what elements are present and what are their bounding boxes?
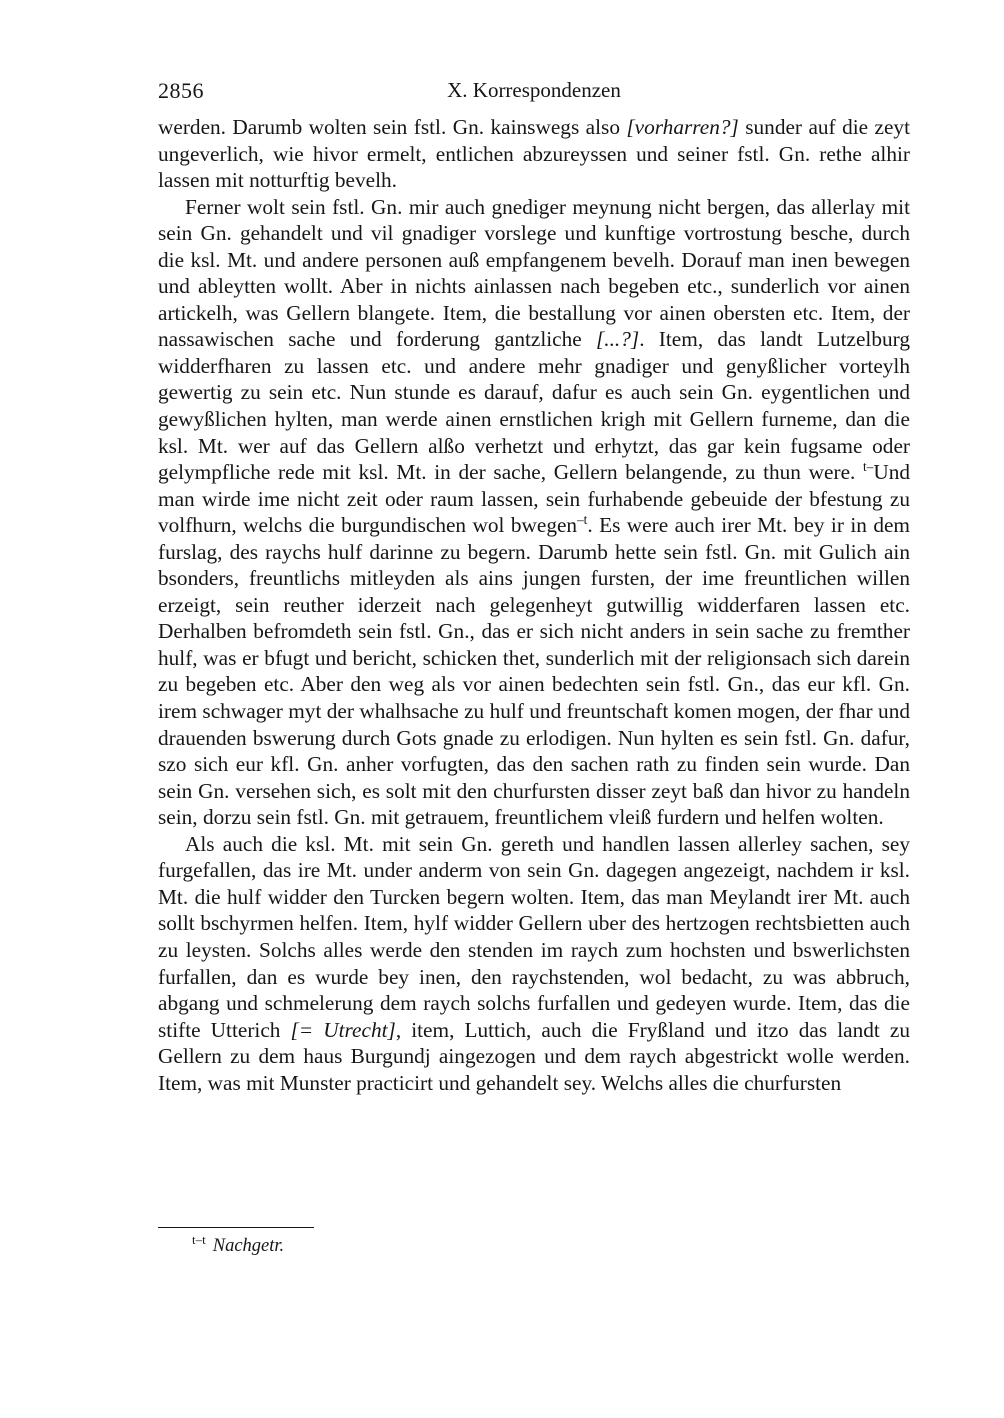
paragraph-2: Ferner wolt sein fstl. Gn. mir auch gned… (158, 194, 910, 831)
footnote-separator-rule (158, 1227, 314, 1228)
footnote-text: Nachgetr. (213, 1236, 284, 1256)
page-number: 2856 (158, 78, 204, 104)
book-page: 2856 X. Korrespondenzen werden. Darumb w… (0, 0, 1004, 1418)
text-segment-normal: Als auch die ksl. Mt. mit sein Gn. geret… (158, 832, 910, 1042)
paragraph-1: werden. Darumb wolten sein fstl. Gn. kai… (158, 114, 910, 194)
text-segment-italic: [...?] (596, 327, 639, 351)
text-segment-normal: werden. Darumb wolten sein fstl. Gn. kai… (158, 115, 626, 139)
paragraph-3: Als auch die ksl. Mt. mit sein Gn. geret… (158, 831, 910, 1096)
body-text-block: werden. Darumb wolten sein fstl. Gn. kai… (158, 114, 910, 1096)
text-segment-normal: . Es were auch irer Mt. bey ir in dem fu… (158, 513, 910, 829)
footnote-marker: t–t (192, 1232, 206, 1247)
text-segment-sup: –t (577, 512, 587, 527)
text-segment-italic: [= Utrecht] (291, 1018, 396, 1042)
footnote: t–tNachgetr. (158, 1234, 910, 1258)
running-head-title: X. Korrespondenzen (158, 78, 910, 103)
running-header: 2856 X. Korrespondenzen (158, 78, 910, 106)
text-segment-sup: t– (863, 459, 873, 474)
text-segment-italic: [vorharren?] (626, 115, 738, 139)
